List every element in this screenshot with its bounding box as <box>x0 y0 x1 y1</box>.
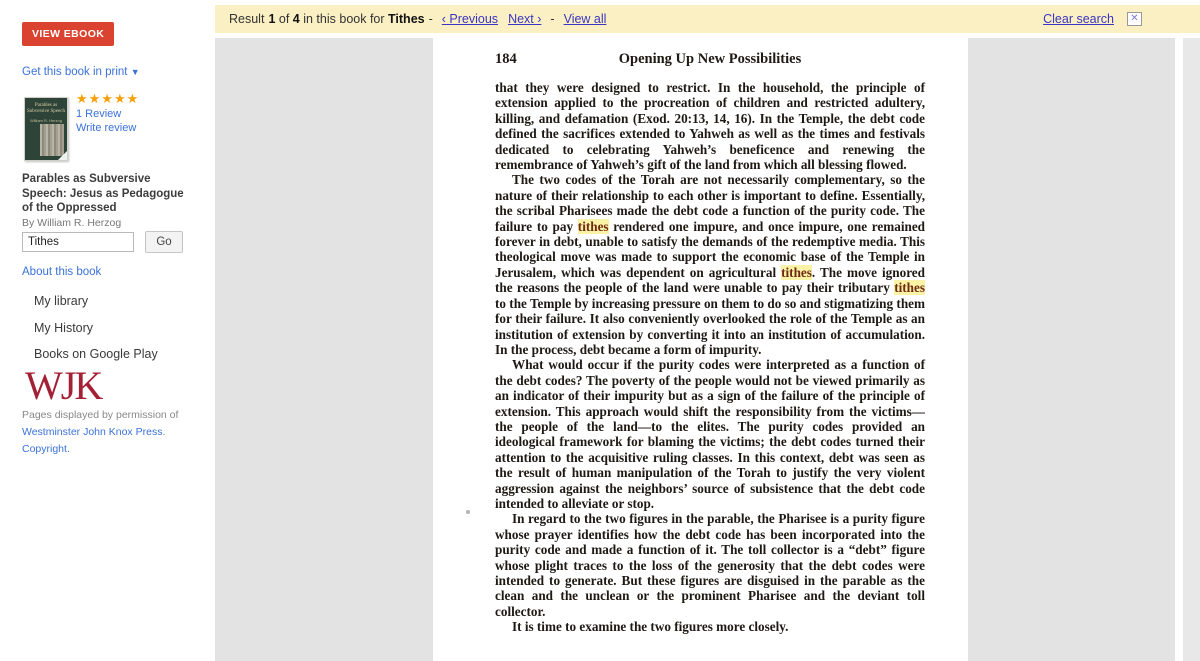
result-index: 1 <box>268 12 275 26</box>
publisher-link[interactable]: Westminster John Knox Press <box>22 426 162 438</box>
separator-dash: - <box>550 12 554 26</box>
search-hit-highlight: tithes <box>578 219 609 234</box>
viewer-right-gutter <box>1175 38 1183 661</box>
in-book-search: Go <box>22 231 183 253</box>
permission-separator: . <box>162 426 165 438</box>
separator-dash: - <box>429 12 433 26</box>
search-hit-highlight: tithes <box>894 280 925 295</box>
viewer-right-column <box>1183 38 1200 661</box>
sidebar-item-my-library[interactable]: My library <box>34 294 88 308</box>
clear-search-link[interactable]: Clear search <box>1043 12 1114 26</box>
close-icon[interactable]: ✕ <box>1127 12 1142 26</box>
cover-author: William R. Herzog <box>25 118 67 123</box>
book-title: Parables as Subversive Speech: Jesus as … <box>22 172 194 216</box>
book-page: 184 Opening Up New Possibilities that th… <box>433 38 968 661</box>
get-book-in-print-link[interactable]: Get this book in print ▼ <box>22 66 140 78</box>
book-paragraph: that they were designed to restrict. In … <box>495 80 925 172</box>
book-author-byline: By William R. Herzog <box>22 217 121 229</box>
search-hit-highlight: tithes <box>781 265 812 280</box>
write-review-link[interactable]: Write review <box>76 122 136 134</box>
search-input[interactable] <box>22 232 134 252</box>
search-term: Tithes <box>388 12 425 26</box>
get-book-in-print-label: Get this book in print <box>22 66 127 78</box>
chevron-down-icon: ▼ <box>131 67 140 77</box>
sidebar: VIEW EBOOK Get this book in print ▼ Para… <box>0 0 215 661</box>
permission-notice: Pages displayed by permission of Westmin… <box>22 407 204 458</box>
result-count: 4 <box>293 12 300 26</box>
page-body-text: that they were designed to restrict. In … <box>495 80 925 635</box>
view-all-results-link[interactable]: View all <box>564 12 607 26</box>
about-this-book-link[interactable]: About this book <box>22 266 101 278</box>
scan-artifact-dot <box>466 510 470 514</box>
result-label: Result <box>229 12 264 26</box>
rating-stars-icon: ★★★★★ <box>76 91 139 107</box>
of-label: of <box>279 12 289 26</box>
cover-corner-fold <box>58 151 67 160</box>
search-results-bar: Result 1 of 4 in this book for Tithes - … <box>215 5 1200 33</box>
copyright-link[interactable]: Copyright. <box>22 443 70 455</box>
next-result-link[interactable]: Next › <box>508 12 541 26</box>
context-label: in this book for <box>303 12 384 26</box>
result-summary: Result 1 of 4 in this book for Tithes <box>229 12 425 26</box>
book-paragraph: What would occur if the purity codes wer… <box>495 357 925 511</box>
cover-title: Parables as Subversive Speech <box>25 98 67 115</box>
permission-text: Pages displayed by permission of <box>22 409 178 421</box>
previous-result-link[interactable]: ‹ Previous <box>442 12 498 26</box>
go-button[interactable]: Go <box>145 231 183 253</box>
clear-search-group: Clear search ✕ <box>1038 12 1142 26</box>
book-cover-thumbnail[interactable]: Parables as Subversive Speech William R.… <box>24 97 68 161</box>
review-count-link[interactable]: 1 Review <box>76 108 121 120</box>
book-paragraph: It is time to examine the two figures mo… <box>495 619 925 634</box>
book-paragraph: The two codes of the Torah are not neces… <box>495 172 925 357</box>
sidebar-item-my-history[interactable]: My History <box>34 321 93 335</box>
sidebar-item-books-on-google-play[interactable]: Books on Google Play <box>34 347 158 361</box>
google-books-viewer: Result 1 of 4 in this book for Tithes - … <box>0 0 1200 661</box>
book-paragraph: In regard to the two figures in the para… <box>495 511 925 619</box>
publisher-logo[interactable]: WJK <box>25 362 101 409</box>
page-header: 184 Opening Up New Possibilities <box>495 51 925 71</box>
running-head: Opening Up New Possibilities <box>495 51 925 68</box>
view-ebook-button[interactable]: VIEW EBOOK <box>22 22 114 46</box>
